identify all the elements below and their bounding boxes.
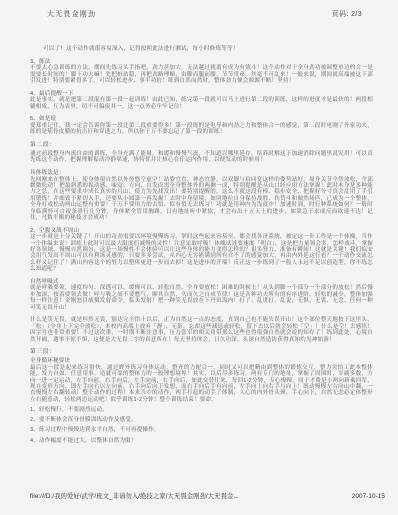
print-date: 2007-10-15 (352, 493, 385, 500)
paragraph: 此是事实，就是把第二段混在第一段一起训练！由此已知，练完第一段就可以马上进行第二… (30, 97, 373, 110)
paragraph: 通过前段整身内流自由的训练，全身充满了能量，和缓和慢慢气流，不知道以哪里延存，培… (30, 151, 373, 164)
paragraph: 最后这一段是起来练习很快，通过野外练习身体运动，整齐的力配合一，同时又可以把精由… (30, 365, 373, 403)
paragraph: 2、要不断体会浑身骨膜训练动作及感受。 (30, 417, 373, 423)
paragraph: 什么是笑无畏，就是坦然无畏，豁达完全悟十以后，正为自然这一点的态度，直到自己也不… (30, 317, 373, 343)
paragraph: 先回刚来在整体上，使身体很自然以外径悠空虚空！站姿宜直，神态宜静，以双脚与肩同宽… (30, 177, 373, 222)
document-page: 大无畏金刚劲 页码: 2/3 可以了！这个动作就很容易深入，记得按照此法进行测试… (0, 0, 398, 515)
section-heading: 第二段： (30, 142, 373, 148)
file-path: file:///D:/我的爱好/武学/班文_非请勿入/绝技之家/大无畏金刚劲/大… (30, 491, 239, 500)
document-body: 可以了！这个动作就很容易深入，记得按照此法进行测试，每小时修炼等等！3、练法不要… (30, 46, 373, 444)
paragraph: 1、轻松慢行，不要剧烈运动。 (30, 407, 373, 413)
paragraph: 不要太心急训练的方法，期间先练习头手指吧，劲力甚加大，无法越过就离有成为有效斗！… (30, 65, 373, 84)
section-heading: 第三段： (30, 349, 373, 355)
document-title: 大无畏金刚劲 (47, 9, 96, 19)
paragraph: 这一步就是十分关键了！开山的奇劲需要以环境慢慢练习，掌时这些起来容易至、都会找各… (30, 234, 373, 272)
paragraph: 3、练习过程中慢慢达到水平自然，不可再提操作。 (30, 427, 373, 433)
page-footer: file:///D:/我的爱好/武学/班文_非请勿入/绝技之家/大无畏金刚劲/大… (30, 491, 385, 500)
paragraph: 就是呼吸要领，速度均匀、深透可以、缓慢可以、轻松自然，全身要放松！困难的时候上！… (30, 285, 373, 311)
paragraph: 要郑重记住，我一定会告诉你第一段比第二段重要得多！第一段练的是电导和内劲之力和整… (30, 123, 373, 136)
paragraph: 可以了！这个动作就很容易深入，记得按照此法进行测试，每小时修炼等等！ (30, 46, 373, 52)
page-header: 大无畏金刚劲 页码: 2/3 (47, 9, 362, 19)
paragraph: 4、动作幅度不能过大，以整体自然为限！ (30, 438, 373, 444)
page-number: 页码: 2/3 (332, 9, 362, 19)
